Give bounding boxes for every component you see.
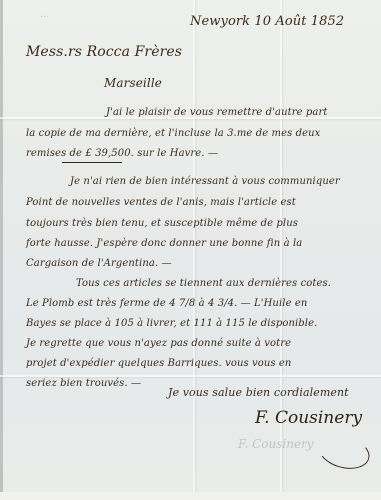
- faint-header-text: ...: [40, 10, 49, 20]
- faint-pencil-note: F. Cousinery: [238, 437, 314, 451]
- closing-line: Je vous salue bien cordialement: [168, 386, 349, 399]
- paragraph-line: Je regrette que vous n'ayez pas donné su…: [26, 338, 291, 349]
- amount-underline: [62, 162, 122, 163]
- signature-flourish: [315, 430, 374, 474]
- paragraph-line: J'ai le plaisir de vous remettre d'autre…: [106, 107, 327, 118]
- fold-line: [0, 375, 381, 377]
- signature: F. Cousinery: [255, 408, 362, 428]
- page-bottom-margin: [0, 492, 381, 500]
- dateline: Newyork 10 Août 1852: [190, 14, 344, 29]
- page-edge: [0, 0, 3, 492]
- paragraph-line: Tous ces articles se tiennent aux derniè…: [76, 278, 331, 289]
- salutation: Mess.rs Rocca Frères: [26, 44, 182, 60]
- paragraph-line: la copie de ma dernière, et l'incluse la…: [26, 128, 320, 139]
- paragraph-line: Je n'ai rien de bien intéressant à vous …: [70, 176, 340, 187]
- paragraph-line: remises de £ 39,500. sur le Havre. —: [26, 148, 218, 159]
- paragraph-line: Bayes se place à 105 à livrer, et 111 à …: [26, 318, 317, 329]
- paragraph-line: Cargaison de l'Argentina. —: [26, 258, 172, 269]
- letter-page: ... Newyork 10 Août 1852 Mess.rs Rocca F…: [0, 0, 381, 492]
- paragraph-line: projet d'expédier quelques Barriques. vo…: [26, 358, 291, 369]
- paragraph-line: Le Plomb est très ferme de 4 7/8 à 4 3/4…: [26, 298, 307, 309]
- paragraph-line: Point de nouvelles ventes de l'anis, mai…: [26, 197, 296, 208]
- paragraph-line: seriez bien trouvés. —: [26, 378, 141, 389]
- paragraph-line: forte hausse. J'espère donc donner une b…: [26, 238, 302, 249]
- recipient-city: Marseille: [104, 76, 162, 90]
- paragraph-line: toujours très bien tenu, et susceptible …: [26, 218, 298, 229]
